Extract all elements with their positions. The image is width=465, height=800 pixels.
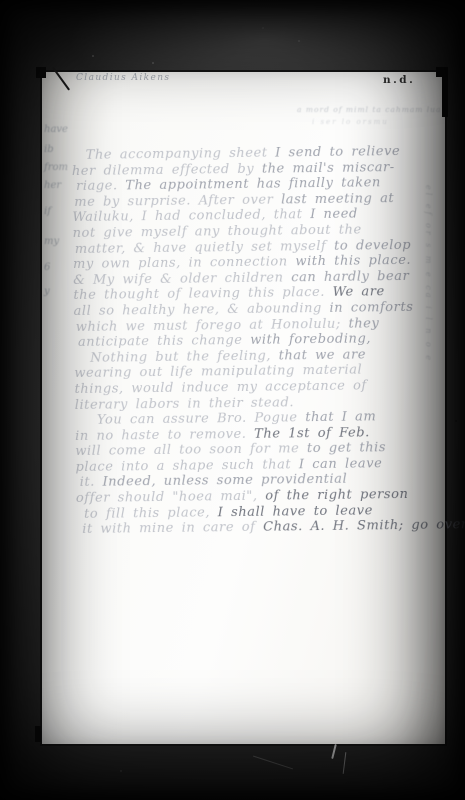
- letter-line-faint-part: to fill this place,: [84, 505, 218, 522]
- margin-ghost-fragment: have: [44, 124, 68, 135]
- letter-line-faint-part: The accompanying sheet: [86, 146, 276, 163]
- letter-line-faint-part: You can assure Bro. Pogue: [97, 410, 305, 428]
- no-date-mark: n.d.: [383, 74, 415, 86]
- letter-line-text: I shall have to leave: [218, 503, 373, 520]
- letter-line-text: they: [348, 316, 379, 331]
- letter-line-text: with foreboding,: [250, 331, 371, 347]
- letter-line-faint-part: Nothing but the feeling,: [90, 348, 279, 365]
- margin-ghost-fragment: my: [44, 236, 59, 247]
- margin-ghost-fragment: y: [44, 286, 50, 297]
- letter-line-text: can hardly bear: [291, 269, 409, 285]
- letter-line-faint-part: it.: [80, 475, 103, 490]
- ghost-writing: i ser lo orsmu: [312, 118, 389, 126]
- letter-line-faint-part: it with mine in care of: [82, 520, 263, 537]
- letter-line-text: Chas. A. H. Smith; go over &: [263, 517, 465, 535]
- letter-line-text: in comforts: [329, 300, 413, 316]
- page-corner-notch: [442, 67, 448, 117]
- letter-line-text: to develop: [334, 237, 411, 253]
- letter-body: The accompanying sheet I send to relieve…: [72, 143, 449, 537]
- letter-line-text: that we are: [279, 347, 367, 363]
- page-corner-notch: [35, 726, 41, 742]
- letter-line-text: to get this: [307, 440, 386, 456]
- margin-ghost-fragment: 6: [44, 262, 50, 273]
- margin-ghost-fragment: if: [44, 206, 51, 217]
- margin-ghost-fragment: from: [44, 162, 68, 173]
- letter-line-faint-part: me by surprise. After over: [74, 192, 281, 210]
- letter-line-text: last meeting at: [281, 191, 394, 207]
- letter-line-text: I need: [310, 207, 358, 223]
- margin-ghost-fragment: her: [44, 180, 61, 191]
- microfilm-scan: Claudius Aikens n.d. a mord of miml ta c…: [0, 0, 465, 800]
- letter-line-faint-part: her dilemma effected by: [72, 161, 262, 178]
- letter-line-faint-part: offer should "hoea mai",: [76, 489, 266, 506]
- film-speckles: [0, 0, 2, 2]
- letter-line-text: the mail's miscar-: [262, 160, 395, 177]
- letter-line-text: with this place.: [295, 253, 411, 269]
- page-corner-notch: [36, 67, 46, 78]
- ghost-writing: a mord of miml ta cahmam lua: [297, 105, 441, 114]
- letter-line-text: of the right person: [265, 487, 408, 504]
- letter-line-text: We are: [333, 285, 385, 301]
- letter-line-faint-part: riage.: [76, 179, 125, 195]
- letter-line-text: The 1st of Feb.: [254, 425, 370, 441]
- letter-line-text: I can leave: [299, 456, 383, 472]
- pencil-annotation: Claudius Aikens: [76, 73, 170, 83]
- letter-line-faint-part: in no haste to remove.: [75, 426, 254, 443]
- letter-line-text: that I am: [305, 409, 376, 425]
- letter-line-text: things, would induce my acceptance of: [74, 378, 366, 397]
- letter-line-faint-part: anticipate this change: [78, 333, 250, 350]
- margin-ghost-fragment: ib: [44, 144, 54, 155]
- letter-line-text: I send to relieve: [275, 144, 400, 161]
